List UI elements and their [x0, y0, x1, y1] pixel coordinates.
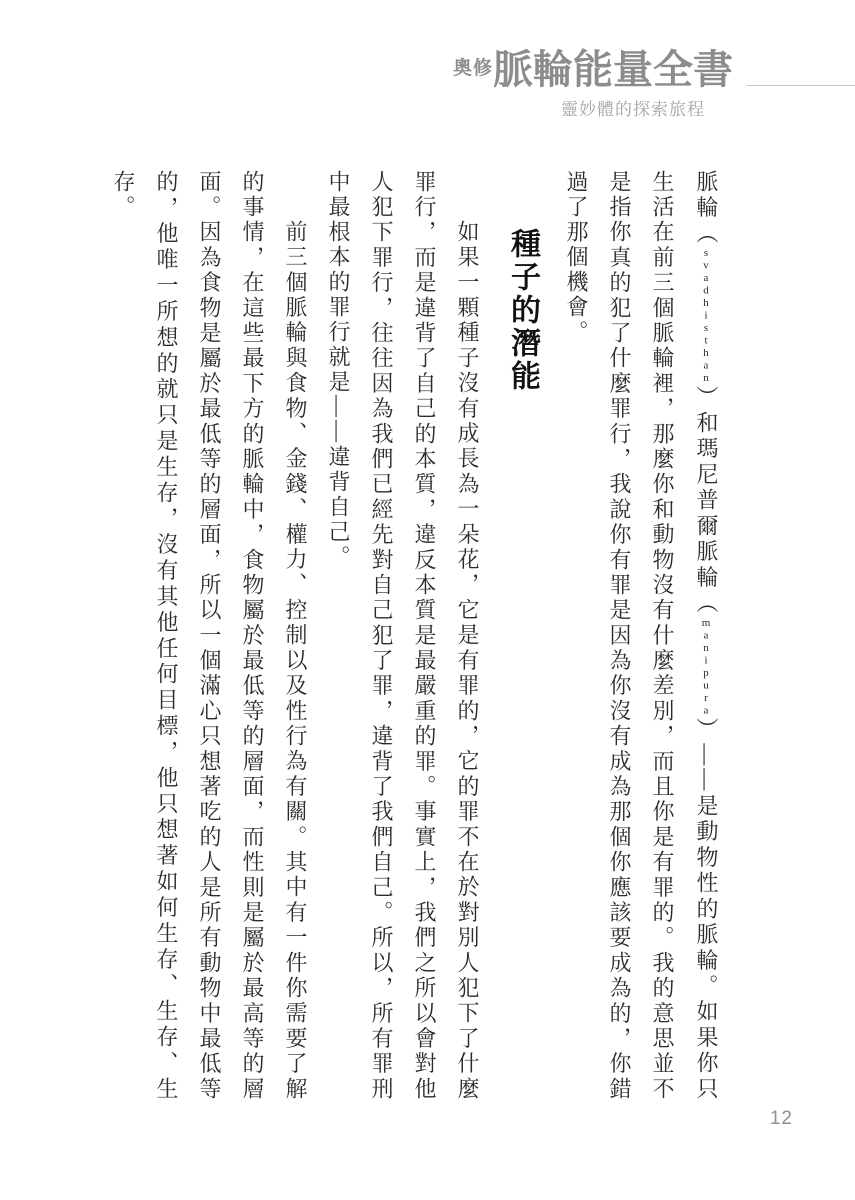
title-row: 奧修 脈輪能量全書 — [0, 48, 855, 92]
author-name: 奧修 — [453, 53, 493, 80]
book-title: 脈輪能量全書 — [493, 48, 733, 92]
book-subtitle: 靈妙體的探索旅程 — [0, 95, 855, 120]
paragraph: 前三個脈輪與食物、金錢、權力、控制以及性行為有關。其中有一件你需要了解的事情，在… — [102, 170, 317, 1102]
vertical-text-body: 脈輪（svadhisthan）和瑪尼普爾脈輪（manipura）——是動物性的脈… — [102, 170, 728, 1102]
running-head: 奧修 脈輪能量全書 靈妙體的探索旅程 — [0, 48, 855, 120]
page-number: 12 — [770, 1108, 793, 1130]
paragraph-continuation: 脈輪（svadhisthan）和瑪尼普爾脈輪（manipura）——是動物性的脈… — [555, 170, 728, 1102]
paragraph: 如果一顆種子沒有成長為一朵花，它是有罪的，它的罪不在於對別人犯下了什麼罪行，而是… — [317, 170, 489, 1102]
section-heading: 種子的潛能 — [501, 170, 543, 1102]
header-rule-divider — [747, 85, 855, 86]
book-page: 奧修 脈輪能量全書 靈妙體的探索旅程 脈輪（svadhisthan）和瑪尼普爾脈… — [0, 0, 855, 1200]
